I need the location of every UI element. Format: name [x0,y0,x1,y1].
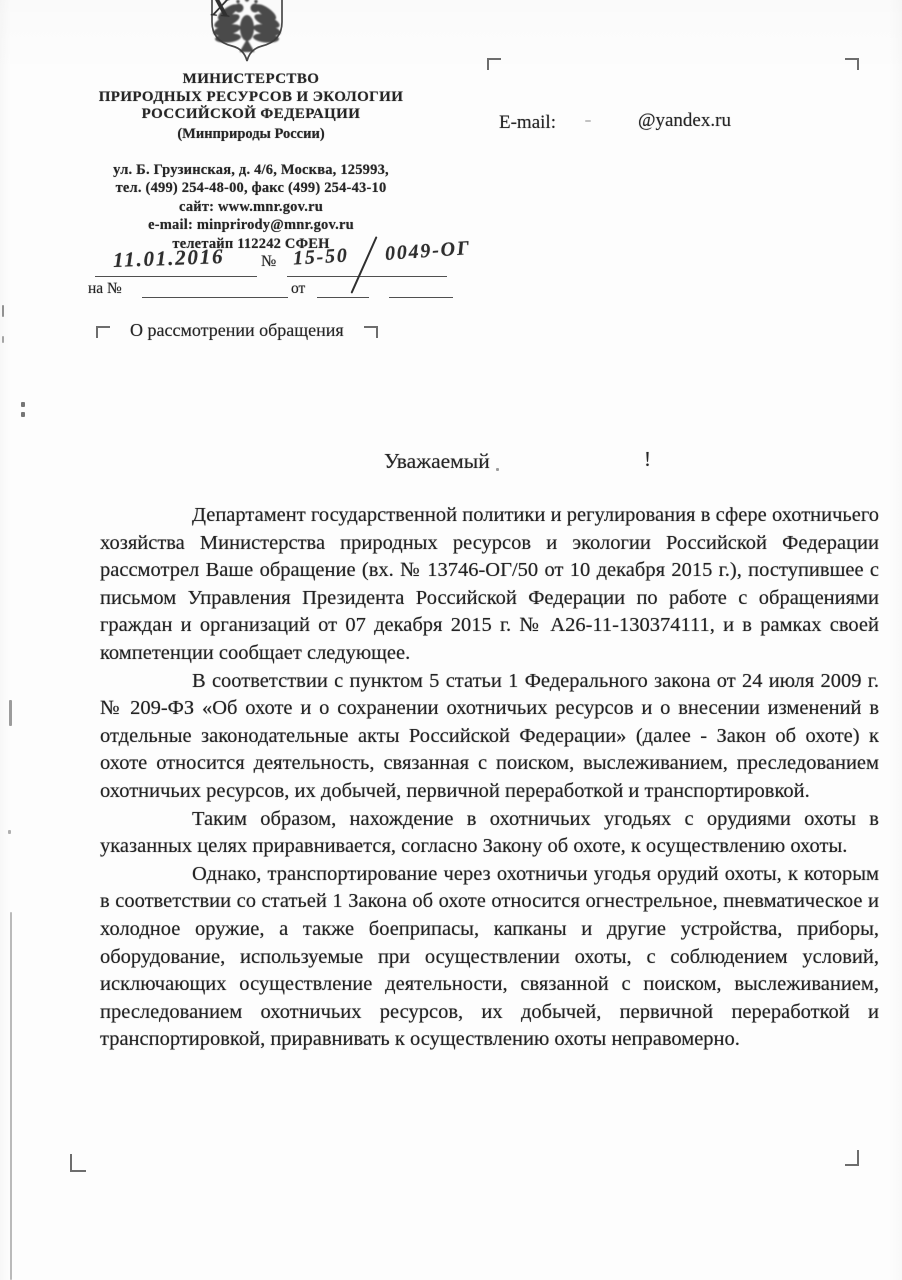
number-sign: № [261,253,276,271]
handwritten-number-part1: 15-50 [292,245,349,271]
reply-date-underline-2 [389,297,453,298]
number-underline [287,276,447,277]
letterhead: МИНИСТЕРСТВОПРИРОДНЫХ РЕСУРСОВ И ЭКОЛОГИ… [95,71,407,253]
reply-to-label: на № [88,280,122,298]
ministry-short-name: (Минприроды России) [95,126,407,143]
ministry-name: МИНИСТЕРСТВОПРИРОДНЫХ РЕСУРСОВ И ЭКОЛОГИ… [95,71,407,124]
body-paragraph: Однако, транспортирование через охотничь… [100,861,879,1054]
scan-artifact [10,912,12,1280]
scan-artifact [21,412,25,417]
ministry-name-line: РОССИЙСКОЙ ФЕДЕРАЦИИ [95,106,407,124]
handwritten-date: 11.01.2016 [113,244,225,273]
letterhead-contact-line: ул. Б. Грузинская, д. 4/6, Москва, 12599… [95,161,407,180]
subject-corner-right-mark [364,326,378,338]
ministry-name-line: ПРИРОДНЫХ РЕСУРСОВ И ЭКОЛОГИИ [95,89,407,107]
body-paragraph: Таким образом, нахождение в охотничьих у… [100,806,879,861]
email-label: E-mail: [499,112,556,134]
date-underline [95,276,257,277]
letterhead-contact-line: сайт: www.mnr.gov.ru [95,198,407,217]
email-value: @yandex.ru [638,110,731,132]
recipient-corner-right-mark [845,58,859,70]
reply-from-label: от [291,280,305,298]
body-paragraphs: Департамент государственной политики и р… [100,502,879,1054]
letterhead-contact-line: e-mail: minprirody@mnr.gov.ru [95,216,407,235]
handwritten-number-part2: 0049-ОГ [384,237,471,266]
scan-artifact [2,305,4,317]
body-paragraph: Департамент государственной политики и р… [100,502,879,668]
reply-date-underline-1 [317,297,369,298]
scan-artifact [8,830,11,834]
letterhead-contacts: ул. Б. Грузинская, д. 4/6, Москва, 12599… [95,161,407,254]
body-paragraph: В соответствии с пунктом 5 статьи 1 Феде… [100,668,879,806]
scan-artifact [9,700,12,726]
scan-artifact [21,402,25,407]
reply-number-underline [142,297,288,298]
bottom-right-corner-mark [845,1150,859,1166]
scan-artifact [2,336,4,343]
handwritten-x-mark: X [210,0,232,24]
salutation-exclamation: ! [644,447,651,472]
subject-line: О рассмотрении обращения [130,320,344,341]
salutation-text: Уважаемый [384,449,490,474]
scanned-letter-page: X МИНИСТЕРСТВОПРИРОДНЫХ РЕСУРСОВ И ЭКОЛО… [0,0,902,1280]
scan-artifact [496,468,499,471]
bottom-left-corner-mark [70,1154,86,1172]
recipient-corner-left-mark [487,58,501,70]
ministry-name-line: МИНИСТЕРСТВО [95,71,407,89]
letterhead-contact-line: тел. (499) 254-48-00, факс (499) 254-43-… [95,179,407,198]
scan-artifact [585,120,591,122]
subject-corner-left-mark [96,326,110,338]
